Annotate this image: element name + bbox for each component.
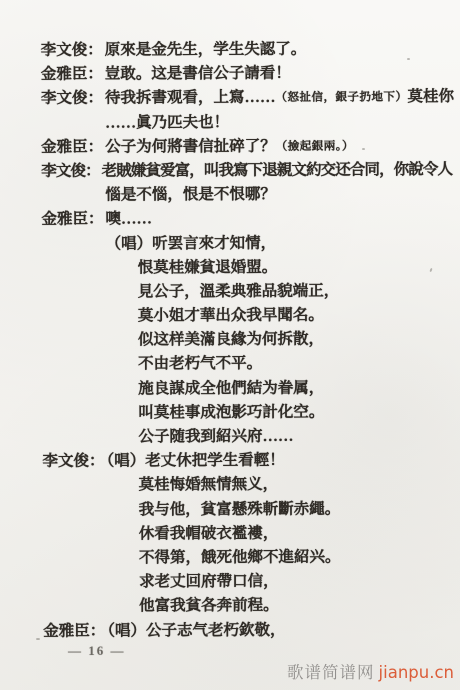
line-text: 恨莫桂嫌貧退婚盟。 bbox=[138, 259, 278, 277]
speaker-name: 李文俊： bbox=[41, 163, 99, 180]
script-line: 金雅臣：公子为何將書信扯碎了？（撿起銀兩。） bbox=[41, 134, 459, 160]
script-line: 莫小姐才華出众我早聞名。 bbox=[42, 303, 460, 329]
script-line: 休看我帽破衣襤褸， bbox=[43, 521, 460, 547]
speaker-name: 金雅臣： bbox=[41, 66, 103, 83]
script-line: 金雅臣：豈敢。这是書信公子請看！ bbox=[41, 61, 459, 87]
script-text-block: 李文俊：原來是金先生，学生失認了。 金雅臣：豈敢。这是書信公子請看！ 李文俊：待… bbox=[41, 37, 460, 644]
line-text: 惱是不惱，恨是不恨哪？ bbox=[105, 186, 276, 204]
script-line: 李文俊：（唱）老丈休把学生看輕！ bbox=[42, 448, 460, 474]
script-line: 恨莫桂嫌貧退婚盟。 bbox=[42, 255, 460, 281]
speaker-name: 金雅臣： bbox=[41, 138, 103, 155]
line-text: （唱）公子志气老朽欽敬， bbox=[107, 621, 285, 639]
speaker-name: 金雅臣： bbox=[43, 622, 105, 639]
script-line: 施良謀成全他們結为眷属， bbox=[42, 376, 460, 402]
script-line: 叫莫桂事成泡影巧計化空。 bbox=[42, 400, 460, 426]
line-text: ……眞乃匹夫也！ bbox=[105, 114, 229, 132]
script-line: 求老丈回府帶口信， bbox=[43, 569, 460, 595]
script-line: 惱是不惱，恨是不恨哪？ bbox=[41, 182, 459, 208]
line-text: 豈敢。这是書信公子請看！ bbox=[105, 65, 291, 83]
scan-speck bbox=[362, 148, 365, 150]
line-text: 他富我貧各奔前程。 bbox=[139, 597, 279, 615]
script-line: 見公子，溫柔典雅品貌端正， bbox=[42, 279, 460, 305]
script-line: 李文俊：老賊嫌貧爱富，叫我寫下退親文約交还合同，你說令人 bbox=[41, 158, 459, 184]
script-line: 李文俊：原來是金先生，学生失認了。 bbox=[41, 37, 459, 63]
script-line: ……眞乃匹夫也！ bbox=[41, 110, 459, 136]
watermark-site-name: 歌谱简谱网 bbox=[287, 663, 375, 682]
script-line: 似这样美滿良緣为何拆散， bbox=[42, 327, 460, 353]
line-text: 莫桂悔婚無情無义， bbox=[139, 476, 279, 494]
watermark: 歌谱简谱网jianpu.cn bbox=[287, 659, 454, 683]
line-text: 老賊嫌貧爱富，叫我寫下退親文約交还合同，你說令人 bbox=[102, 161, 452, 180]
line-text: 不由老朽气不平。 bbox=[138, 355, 262, 373]
scan-speck bbox=[407, 58, 410, 60]
line-text: 見公子，溫柔典雅品貌端正， bbox=[138, 282, 340, 300]
script-line: （唱）听罢言來才知情， bbox=[42, 231, 460, 257]
line-text: 我与他，貧富懸殊斬斷赤繩。 bbox=[139, 500, 341, 518]
line-text: 似这样美滿良緣为何拆散， bbox=[138, 331, 324, 349]
line-text: 叫莫桂事成泡影巧計化空。 bbox=[138, 403, 324, 421]
line-text: 莫小姐才華出众我早聞名。 bbox=[138, 307, 324, 325]
script-line: 莫桂悔婚無情無义， bbox=[43, 472, 460, 498]
scanned-script-page: 李文俊：原來是金先生，学生失認了。 金雅臣：豈敢。这是書信公子請看！ 李文俊：待… bbox=[0, 0, 460, 690]
line-text: 公子随我到紹兴府…… bbox=[138, 428, 293, 446]
line-text: 噢…… bbox=[105, 211, 152, 228]
script-line: 金雅臣：（唱）公子志气老朽欽敬， bbox=[43, 618, 460, 644]
script-line: 不由老朽气不平。 bbox=[42, 352, 460, 378]
line-text: （唱）老丈休把学生看輕！ bbox=[107, 452, 285, 470]
line-text: 原來是金先生，学生失認了。 bbox=[105, 41, 307, 59]
script-line: 我与他，貧富懸殊斬斷赤繩。 bbox=[43, 497, 460, 523]
watermark-site-url: jianpu.cn bbox=[379, 663, 454, 682]
stage-direction: （怒扯信，銀子扔地下） bbox=[275, 92, 407, 105]
script-line: 他富我貧各奔前程。 bbox=[43, 593, 460, 619]
script-line: 金雅臣：噢…… bbox=[41, 206, 459, 232]
line-text: 待我拆書观看，上寫…… bbox=[105, 89, 276, 107]
speaker-name: 李文俊： bbox=[41, 90, 103, 107]
line-text: 不得第，餓死他鄉不進紹兴。 bbox=[139, 549, 341, 567]
speaker-name: 李文俊： bbox=[41, 42, 103, 59]
script-line: 公子随我到紹兴府…… bbox=[42, 424, 460, 450]
line-text: 莫桂你 bbox=[407, 88, 454, 105]
speaker-name: 李文俊： bbox=[42, 453, 104, 470]
line-text: 求老丈回府帶口信， bbox=[139, 573, 279, 591]
line-text: 公子为何將書信扯碎了？ bbox=[105, 138, 276, 156]
line-text: 施良謀成全他們結为眷属， bbox=[138, 379, 324, 397]
stage-direction: （撿起銀兩。） bbox=[276, 140, 354, 152]
page-number: — 16 — bbox=[68, 643, 126, 659]
line-text: 休看我帽破衣襤褸， bbox=[139, 525, 279, 543]
speaker-name: 金雅臣： bbox=[41, 211, 103, 228]
script-line: 李文俊：待我拆書观看，上寫……（怒扯信，銀子扔地下）莫桂你 bbox=[41, 85, 459, 111]
script-line: 不得第，餓死他鄉不進紹兴。 bbox=[43, 545, 460, 571]
line-text: （唱）听罢言來才知情， bbox=[106, 234, 277, 252]
scan-speck bbox=[36, 638, 40, 640]
